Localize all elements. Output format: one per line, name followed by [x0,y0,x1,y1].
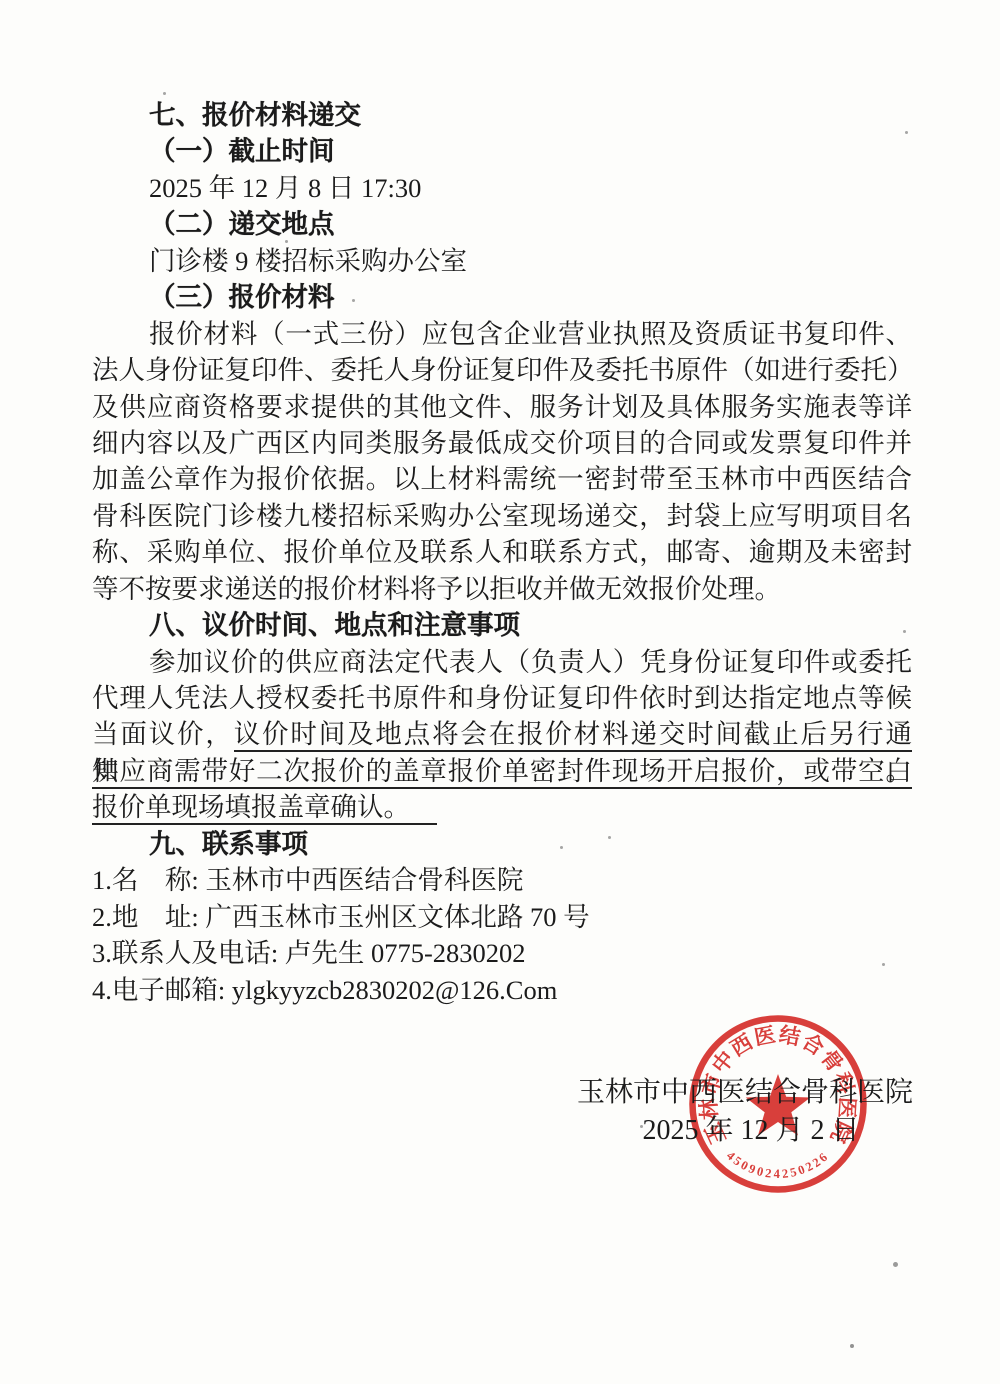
signoff-date: 2025 年 12 月 2 日 [588,1114,914,1148]
section7-sub2-heading: （二）递交地点 [92,206,912,242]
underlined-text-segment: 报价单现场填报盖章确认。 [92,792,437,825]
paragraph-line: 报价材料（一式三份）应包含企业营业执照及资质证书复印件、 [92,316,912,352]
paragraph-line: 细内容以及广西区内同类服务最低成交价项目的合同或发票复印件并 [92,425,912,461]
scan-speck [640,1125,643,1128]
paragraph-line: 等不按要求递送的报价材料将予以拒收并做无效报价处理。 [92,571,912,607]
scan-speck [608,836,611,839]
underlined-paragraph-line: 供应商需带好二次报价的盖章报价单密封件现场开启报价，或带空白 [92,753,912,789]
scan-speck [850,1344,854,1348]
scan-speck [893,1262,898,1267]
paragraph-line: 及供应商资格要求提供的其他文件、服务计划及具体服务实施表等详 [92,389,912,425]
paragraph-line: 骨科医院门诊楼九楼招标采购办公室现场递交，封袋上应写明项目名 [92,498,912,534]
scan-speck [903,630,906,633]
paragraph-line: 称、采购单位、报价单位及联系人和联系方式，邮寄、逾期及未密封 [92,534,912,570]
signoff-organization: 玉林市中西医结合骨科医院 [577,1076,913,1110]
scan-speck [882,963,885,966]
paragraph-line: 法人身份证复印件、委托人身份证复印件及委托书原件（如进行委托） [92,352,912,388]
paragraph-line: 代理人凭法人授权委托书原件和身份证复印件依时到达指定地点等候 [92,680,912,716]
section9-heading: 九、联系事项 [92,826,912,862]
paragraph-line-with-underline: 当面议价，议价时间及地点将会在报价材料递交时间截止后另行通知。 [92,716,912,752]
scan-speck [285,240,288,243]
document-body: 七、报价材料递交 （一）截止时间 2025 年 12 月 8 日 17:30 （… [92,97,912,1008]
contact-address-item: 2.地 址: 广西玉林市玉州区文体北路 70 号 [92,899,912,935]
paragraph-line: 参加议价的供应商法定代表人（负责人）凭身份证复印件或委托 [92,644,912,680]
seal-serial-number: 4509024250226 [724,1148,832,1181]
deadline-text: 2025 年 12 月 8 日 17:30 [92,170,912,206]
scan-speck [560,846,563,849]
scan-speck [352,299,355,302]
underlined-text-segment: 供应商需带好二次报价的盖章报价单密封件现场开启报价，或带空白 [92,756,912,789]
section7-sub1-heading: （一）截止时间 [92,133,912,169]
paragraph-line: 加盖公章作为报价依据。以上材料需统一密封带至玉林市中西医结合 [92,461,912,497]
scan-speck [167,668,170,671]
scan-speck [163,92,166,95]
section7-sub3-heading: （三）报价材料 [92,279,912,315]
contact-name-item: 1.名 称: 玉林市中西医结合骨科医院 [92,862,912,898]
section7-heading: 七、报价材料递交 [92,97,912,133]
section8-heading: 八、议价时间、地点和注意事项 [92,607,912,643]
scan-speck [905,131,908,134]
delivery-location-text: 门诊楼 9 楼招标采购办公室 [92,243,912,279]
plain-text-segment: 当面议价， [92,719,234,749]
contact-phone-item: 3.联系人及电话: 卢先生 0775-2830202 [92,935,912,971]
underlined-paragraph-line: 报价单现场填报盖章确认。 [92,789,912,825]
